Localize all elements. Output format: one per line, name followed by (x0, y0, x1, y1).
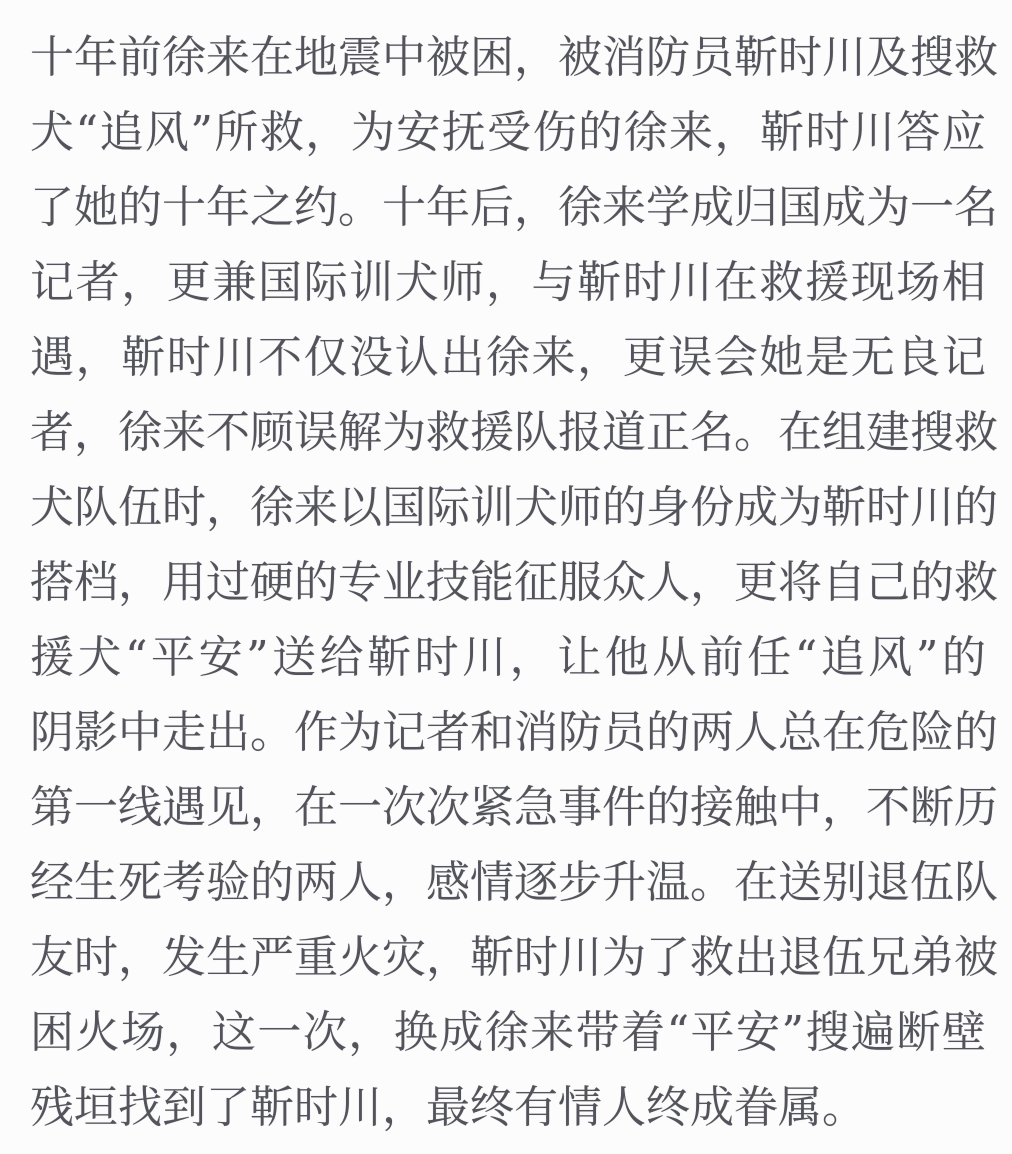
text-line: 犬队伍时，徐来以国际训犬师的身份成为靳时川的 (30, 470, 986, 545)
text-line: 犬“追风”所救，为安抚受伤的徐来，靳时川答应 (30, 95, 986, 170)
text-line: 记者，更兼国际训犬师，与靳时川在救援现场相 (30, 245, 986, 320)
text-line: 第一线遇见，在一次次紧急事件的接触中，不断历 (30, 770, 986, 845)
text-line: 搭档，用过硬的专业技能征服众人，更将自己的救 (30, 545, 986, 620)
text-line: 友时，发生严重火灾，靳时川为了救出退伍兄弟被 (30, 920, 986, 995)
text-line: 困火场，这一次，换成徐来带着“平安”搜遍断壁 (30, 995, 986, 1070)
text-line: 残垣找到了靳时川，最终有情人终成眷属。 (30, 1070, 986, 1145)
text-line: 阴影中走出。作为记者和消防员的两人总在危险的 (30, 695, 986, 770)
document-page: 十年前徐来在地震中被困，被消防员靳时川及搜救犬“追风”所救，为安抚受伤的徐来，靳… (0, 0, 1012, 1154)
synopsis-text: 十年前徐来在地震中被困，被消防员靳时川及搜救犬“追风”所救，为安抚受伤的徐来，靳… (30, 20, 986, 1145)
text-line: 十年前徐来在地震中被困，被消防员靳时川及搜救 (30, 20, 986, 95)
text-line: 援犬“平安”送给靳时川，让他从前任“追风”的 (30, 620, 986, 695)
text-line: 者，徐来不顾误解为救援队报道正名。在组建搜救 (30, 395, 986, 470)
text-line: 了她的十年之约。十年后，徐来学成归国成为一名 (30, 170, 986, 245)
text-line: 经生死考验的两人，感情逐步升温。在送别退伍队 (30, 845, 986, 920)
text-line: 遇，靳时川不仅没认出徐来，更误会她是无良记 (30, 320, 986, 395)
